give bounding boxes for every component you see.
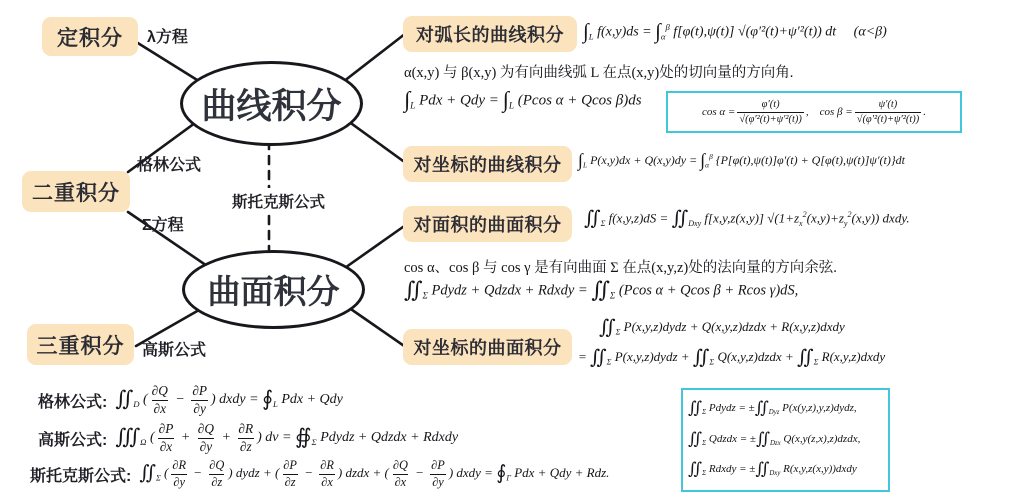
stokes-formula-row: 斯托克斯公式: ∬Σ (∂R∂y − ∂Q∂z) dydz + (∂P∂z − … xyxy=(30,455,609,493)
edge-label-stokes-formula: 斯托克斯公式 xyxy=(227,188,330,214)
green-formula: ∬D (∂Q∂x − ∂P∂y) dxdy = ∮L Pdx + Qdy xyxy=(115,384,343,416)
edge-label-lambda-equation: λ方程 xyxy=(147,24,188,47)
node-coordinate-surface-integral: 对坐标的曲面积分 xyxy=(403,329,572,365)
stokes-formula: ∬Σ (∂R∂y − ∂Q∂z) dydz + (∂P∂z − ∂R∂x) dz… xyxy=(139,459,609,489)
gauss-formula-label: 高斯公式: xyxy=(38,427,107,450)
cos-direction-formula-box: cos α = φ′(t)√(φ′²(t)+ψ′²(t)) , cos β = … xyxy=(666,91,962,133)
formula-coordinate-curve-integral: ∫L P(x,y)dx + Q(x,y)dy = ∫αβ {P[φ(t),ψ(t… xyxy=(578,153,905,169)
green-formula-label: 格林公式: xyxy=(38,389,107,412)
node-double-integral: 二重积分 xyxy=(22,171,130,212)
projection-formula-q: ∬Σ Qdzdx = ±∬Dzx Q(x,y(z,x),z)dzdx, xyxy=(688,433,883,447)
green-formula-row: 格林公式: ∬D (∂Q∂x − ∂P∂y) dxdy = ∮L Pdx + Q… xyxy=(38,383,343,417)
node-triple-integral: 三重积分 xyxy=(27,324,134,365)
stokes-formula-label: 斯托克斯公式: xyxy=(30,463,131,486)
node-area-surface-integral: 对面积的曲面积分 xyxy=(403,206,572,242)
formula-arc-length-curve-integral: ∫L f(x,y)ds = ∫αβ f[φ(t),ψ(t)] √(φ′²(t)+… xyxy=(583,23,887,41)
projection-formula-box: ∬Σ Pdydz = ±∬Dyz P(x(y,z),y,z)dydz, ∬Σ Q… xyxy=(681,388,890,492)
mindmap-canvas: 定积分 二重积分 三重积分 曲线积分 曲面积分 对弧长的曲线积分 对坐标的曲线积… xyxy=(0,0,1024,501)
gauss-formula-row: 高斯公式: ∭Ω (∂P∂x + ∂Q∂y + ∂R∂z) dv = ∯Σ Pd… xyxy=(38,420,458,456)
node-arc-length-curve-integral: 对弧长的曲线积分 xyxy=(403,16,577,52)
formula-surface-integral-relation: ∬Σ Pdydz + Qdzdx + Rdxdy = ∬Σ (Pcos α + … xyxy=(404,283,798,300)
projection-formula-r: ∬Σ Rdxdy = ±∬Dxy R(x,y,z(x,y))dxdy xyxy=(688,463,883,477)
node-coordinate-curve-integral: 对坐标的曲线积分 xyxy=(403,146,572,182)
edge-label-green-formula: 格林公式 xyxy=(137,152,201,175)
formula-coordinate-surface-line2: = ∬Σ P(x,y,z)dydz + ∬Σ Q(x,y,z)dzdx + ∬Σ… xyxy=(578,350,885,367)
formula-area-surface-integral: ∬Σ f(x,y,z)dS = ∬Dxy f[x,y,z(x,y)] √(1+z… xyxy=(584,211,910,228)
formula-coordinate-surface-line1: ∬Σ P(x,y,z)dydz + Q(x,y,z)dzdx + R(x,y,z… xyxy=(599,320,845,337)
edge-label-sigma-equation: Σ方程 xyxy=(142,212,184,235)
node-surface-integral: 曲面积分 xyxy=(182,250,365,329)
projection-formula-p: ∬Σ Pdydz = ±∬Dyz P(x(y,z),y,z)dydz, xyxy=(688,402,883,416)
gauss-formula: ∭Ω (∂P∂x + ∂Q∂y + ∂R∂z) dv = ∯Σ Pdydz + … xyxy=(115,422,458,454)
formula-curve-integral-relation: ∫L Pdx + Qdy = ∫L (Pcos α + Qcos β)ds xyxy=(404,92,642,112)
node-definite-integral: 定积分 xyxy=(42,17,138,56)
note-tangent-direction-angles: α(x,y) 与 β(x,y) 为有向曲线弧 L 在点(x,y)处的切向量的方向… xyxy=(404,66,793,81)
node-curve-integral: 曲线积分 xyxy=(180,61,363,146)
edge-label-gauss-formula: 高斯公式 xyxy=(142,337,206,360)
note-normal-direction-cosines: cos α、cos β 与 cos γ 是有向曲面 Σ 在点(x,y,z)处的法… xyxy=(404,261,837,276)
